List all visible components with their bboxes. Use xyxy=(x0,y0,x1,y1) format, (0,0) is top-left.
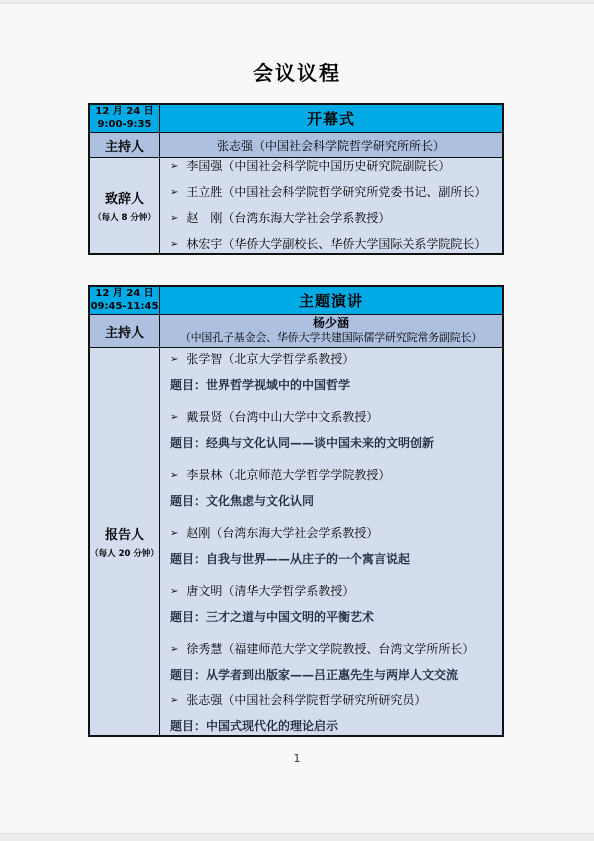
keynote-host-label-cell: 主持人 xyxy=(90,315,160,347)
opening-role-note: （每人 8 分钟） xyxy=(93,211,156,223)
keynote-session-title: 主题演讲 xyxy=(299,290,363,311)
opening-speakers-row: 致辞人 （每人 8 分钟） ➢李国强（中国社会科学院中国历史研究院副院长） ➢王… xyxy=(90,157,502,253)
speaker-item: ➢李景林（北京师范大学哲学学院教授） xyxy=(170,463,390,489)
keynote-role-cell: 报告人 （每人 20 分钟） xyxy=(90,348,160,735)
speaker-name: 李国强（中国社会科学院中国历史研究院副院长） xyxy=(186,159,450,173)
speaker-item: ➢赵 刚（台湾东海大学社会学系教授） xyxy=(170,206,390,232)
speaker-item: ➢唐文明（清华大学哲学系教授） xyxy=(170,579,374,605)
arrow-bullet-icon: ➢ xyxy=(170,233,178,257)
keynote-host-cell: 杨少涵 （中国孔子基金会、华侨大学共建国际儒学研究院常务副院长） xyxy=(160,315,502,347)
page-number: 1 xyxy=(0,752,594,766)
keynote-host-name: 杨少涵 xyxy=(313,316,349,331)
arrow-bullet-icon: ➢ xyxy=(170,181,178,205)
keynote-host-affiliation: （中国孔子基金会、华侨大学共建国际儒学研究院常务副院长） xyxy=(180,331,482,346)
opening-host-label-cell: 主持人 xyxy=(90,133,160,157)
speaker-name: 唐文明（清华大学哲学系教授） xyxy=(186,584,354,598)
speaker-topic: 题目：中国式现代化的理论启示 xyxy=(170,714,426,739)
speaker-name: 张志强（中国社会科学院哲学研究所研究员） xyxy=(186,693,426,707)
opening-role-cell: 致辞人 （每人 8 分钟） xyxy=(90,158,160,253)
arrow-bullet-icon: ➢ xyxy=(170,347,178,372)
speaker-topic: 题目：经典与文化认同——谈中国未来的文明创新 xyxy=(170,431,434,456)
arrow-bullet-icon: ➢ xyxy=(170,521,178,546)
speaker-name: 林宏宇（华侨大学副校长、华侨大学国际关系学院院长） xyxy=(186,237,486,251)
opening-host-label: 主持人 xyxy=(105,136,144,155)
keynote-role-label: 报告人 xyxy=(105,524,144,543)
page-title: 会议议程 xyxy=(0,59,594,87)
opening-table: 12 月 24 日 9:00-9:35 开幕式 主持人 张志强（中国社会科学院哲… xyxy=(88,103,504,255)
keynote-host-label: 主持人 xyxy=(105,322,144,341)
opening-speaker-list: ➢李国强（中国社会科学院中国历史研究院副院长） ➢王立胜（中国社会科学院哲学研究… xyxy=(160,158,502,253)
speaker-item: ➢张志强（中国社会科学院哲学研究所研究员） xyxy=(170,688,426,714)
arrow-bullet-icon: ➢ xyxy=(170,688,178,713)
arrow-bullet-icon: ➢ xyxy=(170,463,178,488)
speaker-name: 赵 刚（台湾东海大学社会学系教授） xyxy=(186,211,390,225)
keynote-item: ➢戴景贤（台湾中山大学中文系教授） 题目：经典与文化认同——谈中国未来的文明创新 xyxy=(170,405,434,456)
keynote-item: ➢赵刚（台湾东海大学社会学系教授） 题目：自我与世界——从庄子的一个寓言说起 xyxy=(170,521,410,572)
opening-session-header-row: 12 月 24 日 9:00-9:35 开幕式 xyxy=(90,105,502,132)
speaker-item: ➢徐秀慧（福建师范大学文学院教授、台湾文学所所长） xyxy=(170,637,474,663)
document-page: 会议议程 12 月 24 日 9:00-9:35 开幕式 主持人 张志强（中国社… xyxy=(0,3,594,834)
speaker-topic: 题目：三才之道与中国文明的平衡艺术 xyxy=(170,605,374,630)
speaker-name: 张学智（北京大学哲学系教授） xyxy=(186,352,354,366)
arrow-bullet-icon: ➢ xyxy=(170,207,178,231)
speaker-name: 李景林（北京师范大学哲学学院教授） xyxy=(186,468,390,482)
arrow-bullet-icon: ➢ xyxy=(170,405,178,430)
opening-session-title: 开幕式 xyxy=(307,108,355,129)
speaker-item: ➢林宏宇（华侨大学副校长、华侨大学国际关系学院院长） xyxy=(170,232,486,258)
keynote-item: ➢张学智（北京大学哲学系教授） 题目：世界哲学视域中的中国哲学 xyxy=(170,347,354,398)
opening-session-title-cell: 开幕式 xyxy=(160,105,502,132)
keynote-item: ➢李景林（北京师范大学哲学学院教授） 题目：文化焦虑与文化认同 xyxy=(170,463,390,514)
speaker-topic: 题目：文化焦虑与文化认同 xyxy=(170,489,390,514)
keynote-session-title-cell: 主题演讲 xyxy=(160,287,502,314)
speaker-item: ➢李国强（中国社会科学院中国历史研究院副院长） xyxy=(170,154,450,180)
speaker-topic: 题目：世界哲学视域中的中国哲学 xyxy=(170,373,354,398)
keynote-host-row: 主持人 杨少涵 （中国孔子基金会、华侨大学共建国际儒学研究院常务副院长） xyxy=(90,314,502,347)
arrow-bullet-icon: ➢ xyxy=(170,637,178,662)
speaker-name: 赵刚（台湾东海大学社会学系教授） xyxy=(186,526,378,540)
speaker-name: 王立胜（中国社会科学院哲学研究所党委书记、副所长） xyxy=(186,185,486,199)
speaker-item: ➢张学智（北京大学哲学系教授） xyxy=(170,347,354,373)
keynote-table: 12 月 24 日 09:45-11:45 主题演讲 主持人 杨少涵 （中国孔子… xyxy=(88,285,504,737)
speaker-item: ➢赵刚（台湾东海大学社会学系教授） xyxy=(170,521,410,547)
arrow-bullet-icon: ➢ xyxy=(170,579,178,604)
keynote-speaker-list: ➢张学智（北京大学哲学系教授） 题目：世界哲学视域中的中国哲学 ➢戴景贤（台湾中… xyxy=(160,348,502,735)
keynote-date: 12 月 24 日 xyxy=(95,288,153,301)
keynote-time: 09:45-11:45 xyxy=(91,301,159,314)
speaker-topic: 题目：自我与世界——从庄子的一个寓言说起 xyxy=(170,547,410,572)
speaker-name: 戴景贤（台湾中山大学中文系教授） xyxy=(186,410,378,424)
opening-time: 9:00-9:35 xyxy=(98,119,152,132)
arrow-bullet-icon: ➢ xyxy=(170,155,178,179)
speaker-item: ➢王立胜（中国社会科学院哲学研究所党委书记、副所长） xyxy=(170,180,486,206)
opening-host: 张志强（中国社会科学院哲学研究所所长） xyxy=(217,137,445,154)
keynote-role-note: （每人 20 分钟） xyxy=(90,547,159,559)
keynote-date-cell: 12 月 24 日 09:45-11:45 xyxy=(90,287,160,314)
keynote-item: ➢张志强（中国社会科学院哲学研究所研究员） 题目：中国式现代化的理论启示 xyxy=(170,688,426,739)
keynote-speakers-row: 报告人 （每人 20 分钟） ➢张学智（北京大学哲学系教授） 题目：世界哲学视域… xyxy=(90,347,502,735)
speaker-topic: 题目：从学者到出版家——吕正惠先生与两岸人文交流 xyxy=(170,663,474,688)
opening-date-cell: 12 月 24 日 9:00-9:35 xyxy=(90,105,160,132)
keynote-item: ➢唐文明（清华大学哲学系教授） 题目：三才之道与中国文明的平衡艺术 xyxy=(170,579,374,630)
keynote-session-header-row: 12 月 24 日 09:45-11:45 主题演讲 xyxy=(90,287,502,314)
speaker-item: ➢戴景贤（台湾中山大学中文系教授） xyxy=(170,405,434,431)
opening-role-label: 致辞人 xyxy=(105,188,144,207)
opening-date: 12 月 24 日 xyxy=(95,106,153,119)
keynote-item: ➢徐秀慧（福建师范大学文学院教授、台湾文学所所长） 题目：从学者到出版家——吕正… xyxy=(170,637,474,688)
speaker-name: 徐秀慧（福建师范大学文学院教授、台湾文学所所长） xyxy=(186,642,474,656)
